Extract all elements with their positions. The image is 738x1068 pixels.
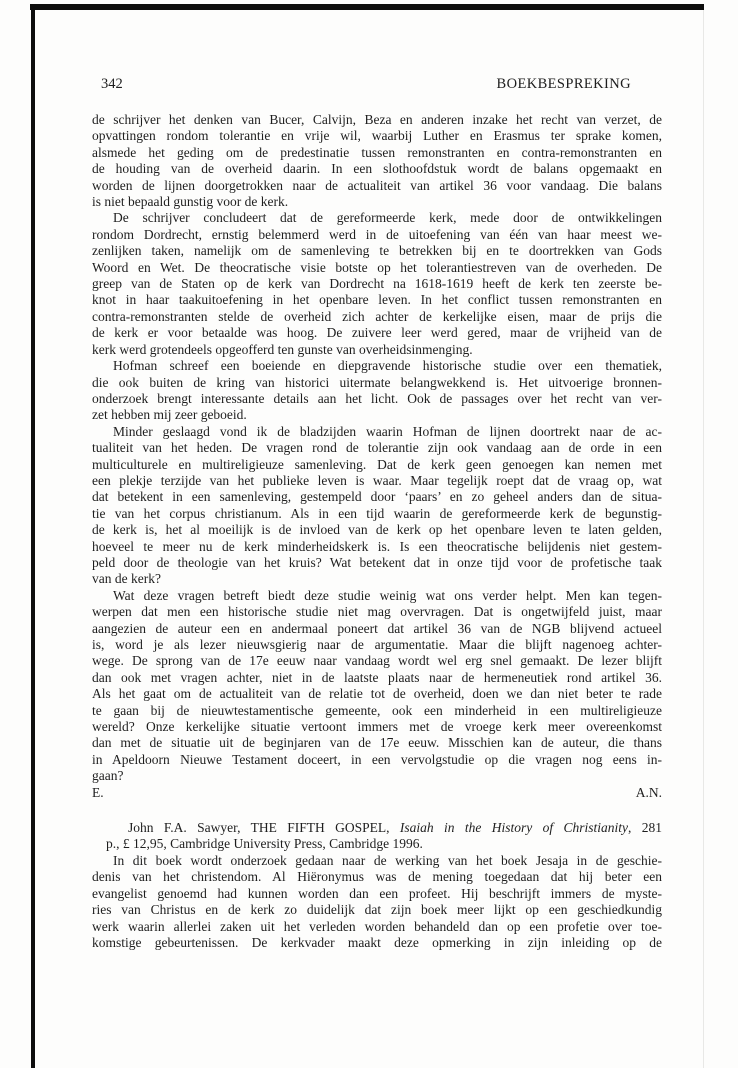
text-line: kerk werd grotendeels opgeofferd ten gun… [92,342,662,358]
text-line: opvattingen rondom tolerantie en vrije w… [92,128,662,144]
text-line: multiculturele en multireligieuze samenl… [92,457,662,473]
citation-text: , 281 [628,820,662,835]
paragraph: Minder geslaagd vond ik de bladzijden wa… [92,424,662,588]
text-line: zenlijken taken, namelijk om de samenlev… [92,243,662,259]
review-hofman-body: de schrijver het denken van Bucer, Calvi… [92,112,662,785]
text-line: worden de lijnen doorgetrokken naar de a… [92,178,662,194]
citation-text: p., £ 12,95, Cambridge University Press,… [106,836,423,851]
citation-line: John F.A. Sawyer, THE FIFTH GOSPEL, Isai… [106,820,662,836]
text-line: van de kerk? [92,571,662,587]
text-line: dan met de situatie uit de beginjaren va… [92,735,662,751]
text-line: peld door de theologie van het kruis? Wa… [92,555,662,571]
text-line: de schrijver het denken van Bucer, Calvi… [92,112,662,128]
reviewer-initials: A.N. [636,785,662,801]
scan-border-left [31,4,35,1068]
text-line: In dit boek wordt onderzoek gedaan naar … [92,853,662,869]
text-line: in Apeldoorn Nieuwe Testament doceert, i… [92,752,662,768]
paragraph: Wat deze vragen betreft biedt deze studi… [92,588,662,785]
text-line: komstige gebeurtenissen. De kerkvader ma… [92,935,662,951]
text-line: werpen dat men een historische studie ni… [92,604,662,620]
text-line: werk waarin allerlei zaken uit het verle… [92,919,662,935]
text-line: Hofman schreef een boeiende en diepgrave… [92,358,662,374]
text-line: is niet bepaald gunstig voor de kerk. [92,194,662,210]
text-line: Minder geslaagd vond ik de bladzijden wa… [92,424,662,440]
text-line: wege. De sprong van de 17e eeuw naar van… [92,653,662,669]
text-line: Als het gaat om de actualiteit van de re… [92,686,662,702]
text-line: rondom Dordrecht, ernstig belemmerd werd… [92,227,662,243]
text-line: onderzoek brengt interessante details aa… [92,391,662,407]
text-line: Wat deze vragen betreft biedt deze studi… [92,588,662,604]
page-content: 342 BOEKBESPREKING de schrijver het denk… [92,76,662,951]
running-title: BOEKBESPREKING [497,76,663,93]
scan-border-top [30,4,704,10]
text-line: knot in haar taakuitoefening in het open… [92,292,662,308]
text-line: De schrijver concludeert dat de gereform… [92,210,662,226]
citation-book-title-italic: Isaiah in the History of Christianity [400,820,628,835]
text-line: tie van het corpus christianum. Als in e… [92,506,662,522]
signature-row: E. A.N. [92,785,662,801]
text-line: alsmede het geding om de predestinatie t… [92,145,662,161]
editor-initial: E. [92,785,104,801]
text-line: ries van Christus en de kerk zo duidelij… [92,902,662,918]
book-citation: John F.A. Sawyer, THE FIFTH GOSPEL, Isai… [106,820,662,853]
text-line: denis van het christendom. Al Hiëronymus… [92,869,662,885]
text-line: dat betekent in een samenleving, gestemp… [92,489,662,505]
text-line: die ook buiten de kring van historici ui… [92,375,662,391]
text-line: evangelist genoemd had kunnen worden dan… [92,886,662,902]
text-line: gaan? [92,768,662,784]
text-line: greep van de Staten op de kerk van Dordr… [92,276,662,292]
text-line: zet hebben mij zeer geboeid. [92,407,662,423]
text-line: te gaan bij de nieuwtestamentische gemee… [92,703,662,719]
text-line: de kerk er voor betaalde was hoog. De zu… [92,325,662,341]
citation-text: John F.A. Sawyer, THE FIFTH GOSPEL, [128,820,400,835]
text-line: een plekje terzijde van het publieke lev… [92,473,662,489]
scan-page-edge [703,10,704,1068]
page-header: 342 BOEKBESPREKING [92,76,662,93]
text-line: Woord en Wet. De theocratische visie bot… [92,260,662,276]
text-line: dan ook met vragen achter, niet in de la… [92,670,662,686]
page-number: 342 [92,76,123,93]
text-line: is, word je als lezer nieuwsgierig naar … [92,637,662,653]
text-line: contra-remonstranten stelde de overheid … [92,309,662,325]
text-line: aangezien de auteur een en andermaal pon… [92,621,662,637]
scanned-page: 342 BOEKBESPREKING de schrijver het denk… [0,0,738,1068]
text-line: wereld? Onze kerkelijke situatie vertoon… [92,719,662,735]
text-line: de kerk is, het al moeilijk is de invloe… [92,522,662,538]
paragraph: de schrijver het denken van Bucer, Calvi… [92,112,662,210]
text-line: de houding van de overheid daarin. In ee… [92,161,662,177]
citation-line: p., £ 12,95, Cambridge University Press,… [106,836,662,852]
paragraph: Hofman schreef een boeiende en diepgrave… [92,358,662,424]
paragraph: In dit boek wordt onderzoek gedaan naar … [92,853,662,951]
review-sawyer-body: In dit boek wordt onderzoek gedaan naar … [92,853,662,951]
text-line: tualiteit van het heden. De vragen rond … [92,440,662,456]
paragraph: De schrijver concludeert dat de gereform… [92,210,662,358]
text-line: hoeveel te meer nu de kerk minderheidske… [92,539,662,555]
